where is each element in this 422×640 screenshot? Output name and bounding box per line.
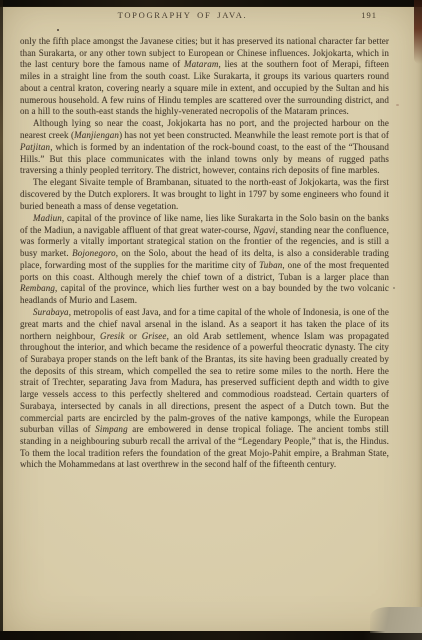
text-run: ) has not yet been constructed. Meanwhil…: [119, 130, 389, 140]
running-head: TOPOGRAPHY OF JAVA. 191: [20, 10, 389, 24]
scan-edge-top: [0, 0, 422, 7]
text-run: , which is formed by an indentation of t…: [20, 142, 389, 175]
italic-text-run: Gresik: [100, 331, 125, 341]
italic-text-run: Patjitan: [20, 142, 50, 152]
italic-text-run: Simpang: [95, 424, 128, 434]
text-run: , capital of the province, which lies fu…: [20, 283, 389, 305]
italic-text-run: Bojonegoro: [72, 248, 116, 258]
italic-text-run: Manjiengan: [74, 130, 119, 140]
italic-text-run: Mataram: [184, 59, 219, 69]
text-run: or: [125, 331, 142, 341]
text-run: The elegant Sivaite temple of Brambanan,…: [20, 177, 389, 210]
italic-text-run: Surabaya: [33, 307, 69, 317]
page-number: 191: [361, 10, 377, 20]
italic-text-run: Rembang: [20, 283, 55, 293]
italic-text-run: Grisee: [142, 331, 167, 341]
scan-speck: [393, 287, 395, 289]
paragraph: The elegant Sivaite temple of Brambanan,…: [20, 177, 389, 212]
page-body: only the fifth place amongst the Javanes…: [20, 36, 389, 472]
scan-edge-left: [0, 0, 3, 640]
paragraph: only the fifth place amongst the Javanes…: [20, 36, 389, 118]
italic-text-run: Ngavi: [253, 225, 275, 235]
paragraph: Madiun, capital of the province of like …: [20, 213, 389, 307]
scan-speck: [57, 29, 59, 31]
paragraph: Although lying so near the coast, Jokjok…: [20, 118, 389, 177]
italic-text-run: Madiun: [33, 213, 62, 223]
book-page: TOPOGRAPHY OF JAVA. 191 only the fifth p…: [0, 0, 422, 640]
scan-edge-bottom: [0, 631, 422, 640]
italic-text-run: Tuban: [259, 260, 282, 270]
page-curl-corner: [370, 607, 422, 633]
scan-speck: [396, 104, 399, 106]
running-head-title: TOPOGRAPHY OF JAVA.: [20, 10, 345, 20]
scan-edge-right-mark: [414, 0, 422, 64]
paragraph: Surabaya, metropolis of east Java, and f…: [20, 307, 389, 471]
text-run: , an old Arab settlement, whence Islam w…: [20, 331, 389, 435]
